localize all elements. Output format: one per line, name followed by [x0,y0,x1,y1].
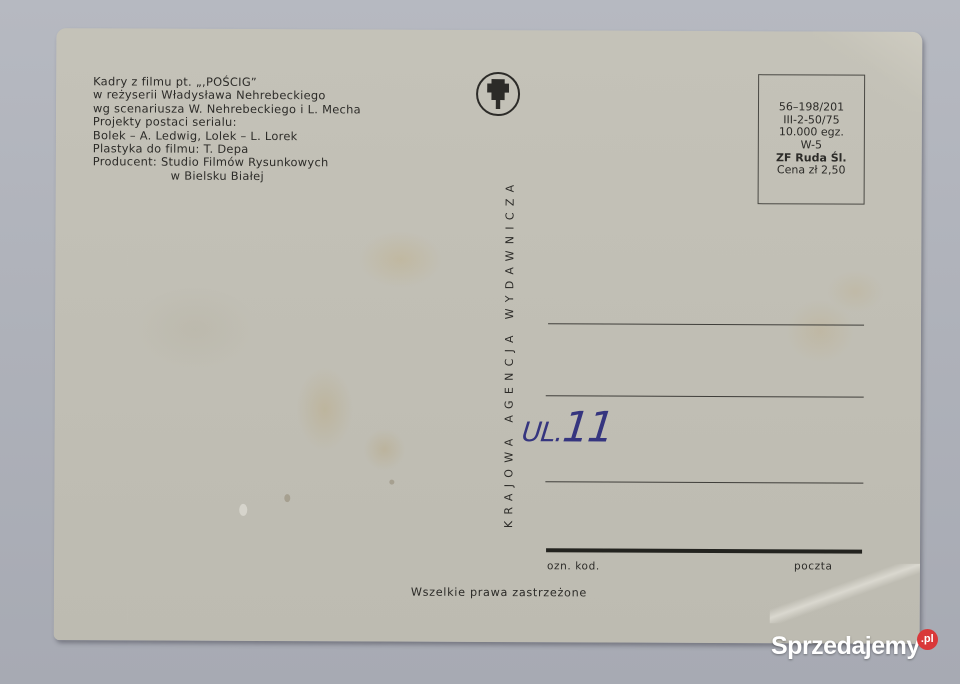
handwriting-street-prefix: UL. [520,417,564,448]
info-price: Cena zł 2,50 [777,164,846,177]
post-office-label: poczta [794,560,833,572]
paper-tear [770,563,920,624]
publisher-logo-icon [476,72,520,116]
paper-speck [284,494,290,502]
handwritten-address: UL.11 [520,402,615,451]
watermark-badge-icon: .pl [917,629,938,650]
postcard-back: Kadry z filmu pt. „,POŚCIG” w reżyserii … [54,28,923,644]
watermark-brand: Sprzedajemy [771,631,920,661]
address-line-3 [545,481,863,483]
postcard-photo: Kadry z filmu pt. „,POŚCIG” w reżyserii … [0,0,960,684]
film-credits: Kadry z filmu pt. „,POŚCIG” w reżyserii … [93,75,361,183]
address-line-1 [548,323,864,325]
address-line-2 [546,395,864,397]
publisher-logo-mark [487,79,509,109]
print-info-box: 56–198/201 III-2-50/75 10.000 egz. W-5 Z… [758,74,866,204]
handwriting-number: 11 [560,402,615,451]
sprzedajemy-watermark: Sprzedajemy .pl [771,631,938,661]
info-series: W-5 [801,139,822,152]
postal-code-label: ozn. kod. [547,560,600,572]
address-line-postal [546,548,862,553]
publisher-vertical-text: KRAJOWA AGENCJA WYDAWNICZA [502,148,518,558]
credits-line-location: w Bielsku Białej [93,169,361,184]
paper-speck [389,480,394,485]
paper-scuff [239,504,247,516]
rights-reserved-text: Wszelkie prawa zastrzeżone [411,586,587,600]
